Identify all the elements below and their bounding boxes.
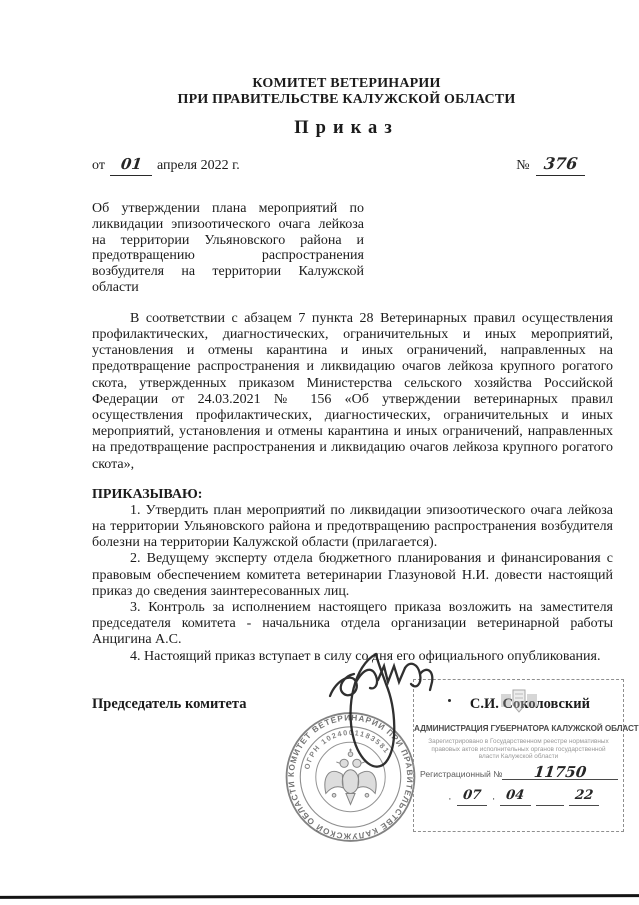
handwritten-registration-number: 11750 bbox=[533, 766, 587, 779]
handwritten-reg-month: 04 bbox=[506, 790, 525, 801]
order-item-3: 3. Контроль за исполнением настоящего пр… bbox=[92, 600, 613, 649]
preamble-paragraph: В соответствии с абзацем 7 пункта 28 Вет… bbox=[92, 311, 613, 473]
registration-date-day-cell: 07 bbox=[457, 786, 487, 806]
registration-date-month-cell: 04 bbox=[500, 786, 530, 806]
ink-dot bbox=[448, 699, 451, 702]
registration-number-line: Регистрационный № 11750 bbox=[420, 766, 618, 780]
number-label: № bbox=[516, 158, 529, 174]
authority-line-1: КОМИТЕТ ВЕТЕРИНАРИИ bbox=[92, 76, 601, 92]
handwritten-number: 376 bbox=[542, 154, 578, 173]
date-day-underline: 01 bbox=[110, 155, 152, 176]
scan-edge-line bbox=[0, 894, 639, 898]
scanned-order-document: КОМИТЕТ ВЕТЕРИНАРИИ ПРИ ПРАВИТЕЛЬСТВЕ КА… bbox=[0, 0, 639, 905]
document-number: № 376 bbox=[516, 154, 585, 176]
document-date: от 01 апреля 2022 г. bbox=[92, 155, 240, 176]
issuing-authority: КОМИТЕТ ВЕТЕРИНАРИИ ПРИ ПРАВИТЕЛЬСТВЕ КА… bbox=[92, 76, 601, 108]
authority-line-2: ПРИ ПРАВИТЕЛЬСТВЕ КАЛУЖСКОЙ ОБЛАСТИ bbox=[92, 92, 601, 108]
date-rest: апреля 2022 г. bbox=[157, 158, 240, 174]
handwritten-signature bbox=[318, 646, 448, 786]
document-content: КОМИТЕТ ВЕТЕРИНАРИИ ПРИ ПРАВИТЕЛЬСТВЕ КА… bbox=[92, 0, 613, 713]
date-prefix: от bbox=[92, 158, 105, 174]
order-item-2: 2. Ведущему эксперту отдела бюджетного п… bbox=[92, 551, 613, 600]
date-separator: · bbox=[448, 793, 452, 806]
document-type-title: Приказ bbox=[92, 118, 601, 139]
handwritten-reg-year: 22 bbox=[574, 790, 593, 801]
resolution-word: ПРИКАЗЫВАЮ: bbox=[92, 487, 613, 503]
registration-number-underline: 11750 bbox=[502, 766, 618, 780]
registration-date-year-cell: 22 bbox=[569, 786, 599, 806]
order-item-1: 1. Утвердить план мероприятий по ликвида… bbox=[92, 503, 613, 552]
date-and-number-row: от 01 апреля 2022 г. № 376 bbox=[92, 154, 613, 176]
crest-icon bbox=[497, 685, 541, 717]
registration-date-gap-underline bbox=[536, 805, 564, 806]
handwritten-day: 01 bbox=[119, 155, 142, 173]
subject-paragraph: Об утверждении плана мероприятий по ликв… bbox=[92, 201, 364, 296]
date-separator-2: · bbox=[492, 793, 496, 806]
number-underline: 376 bbox=[536, 154, 585, 176]
registration-date-line: · 07 · 04 22 bbox=[448, 786, 599, 806]
signer-title: Председатель комитета bbox=[92, 696, 246, 713]
handwritten-reg-day: 07 bbox=[462, 790, 481, 801]
